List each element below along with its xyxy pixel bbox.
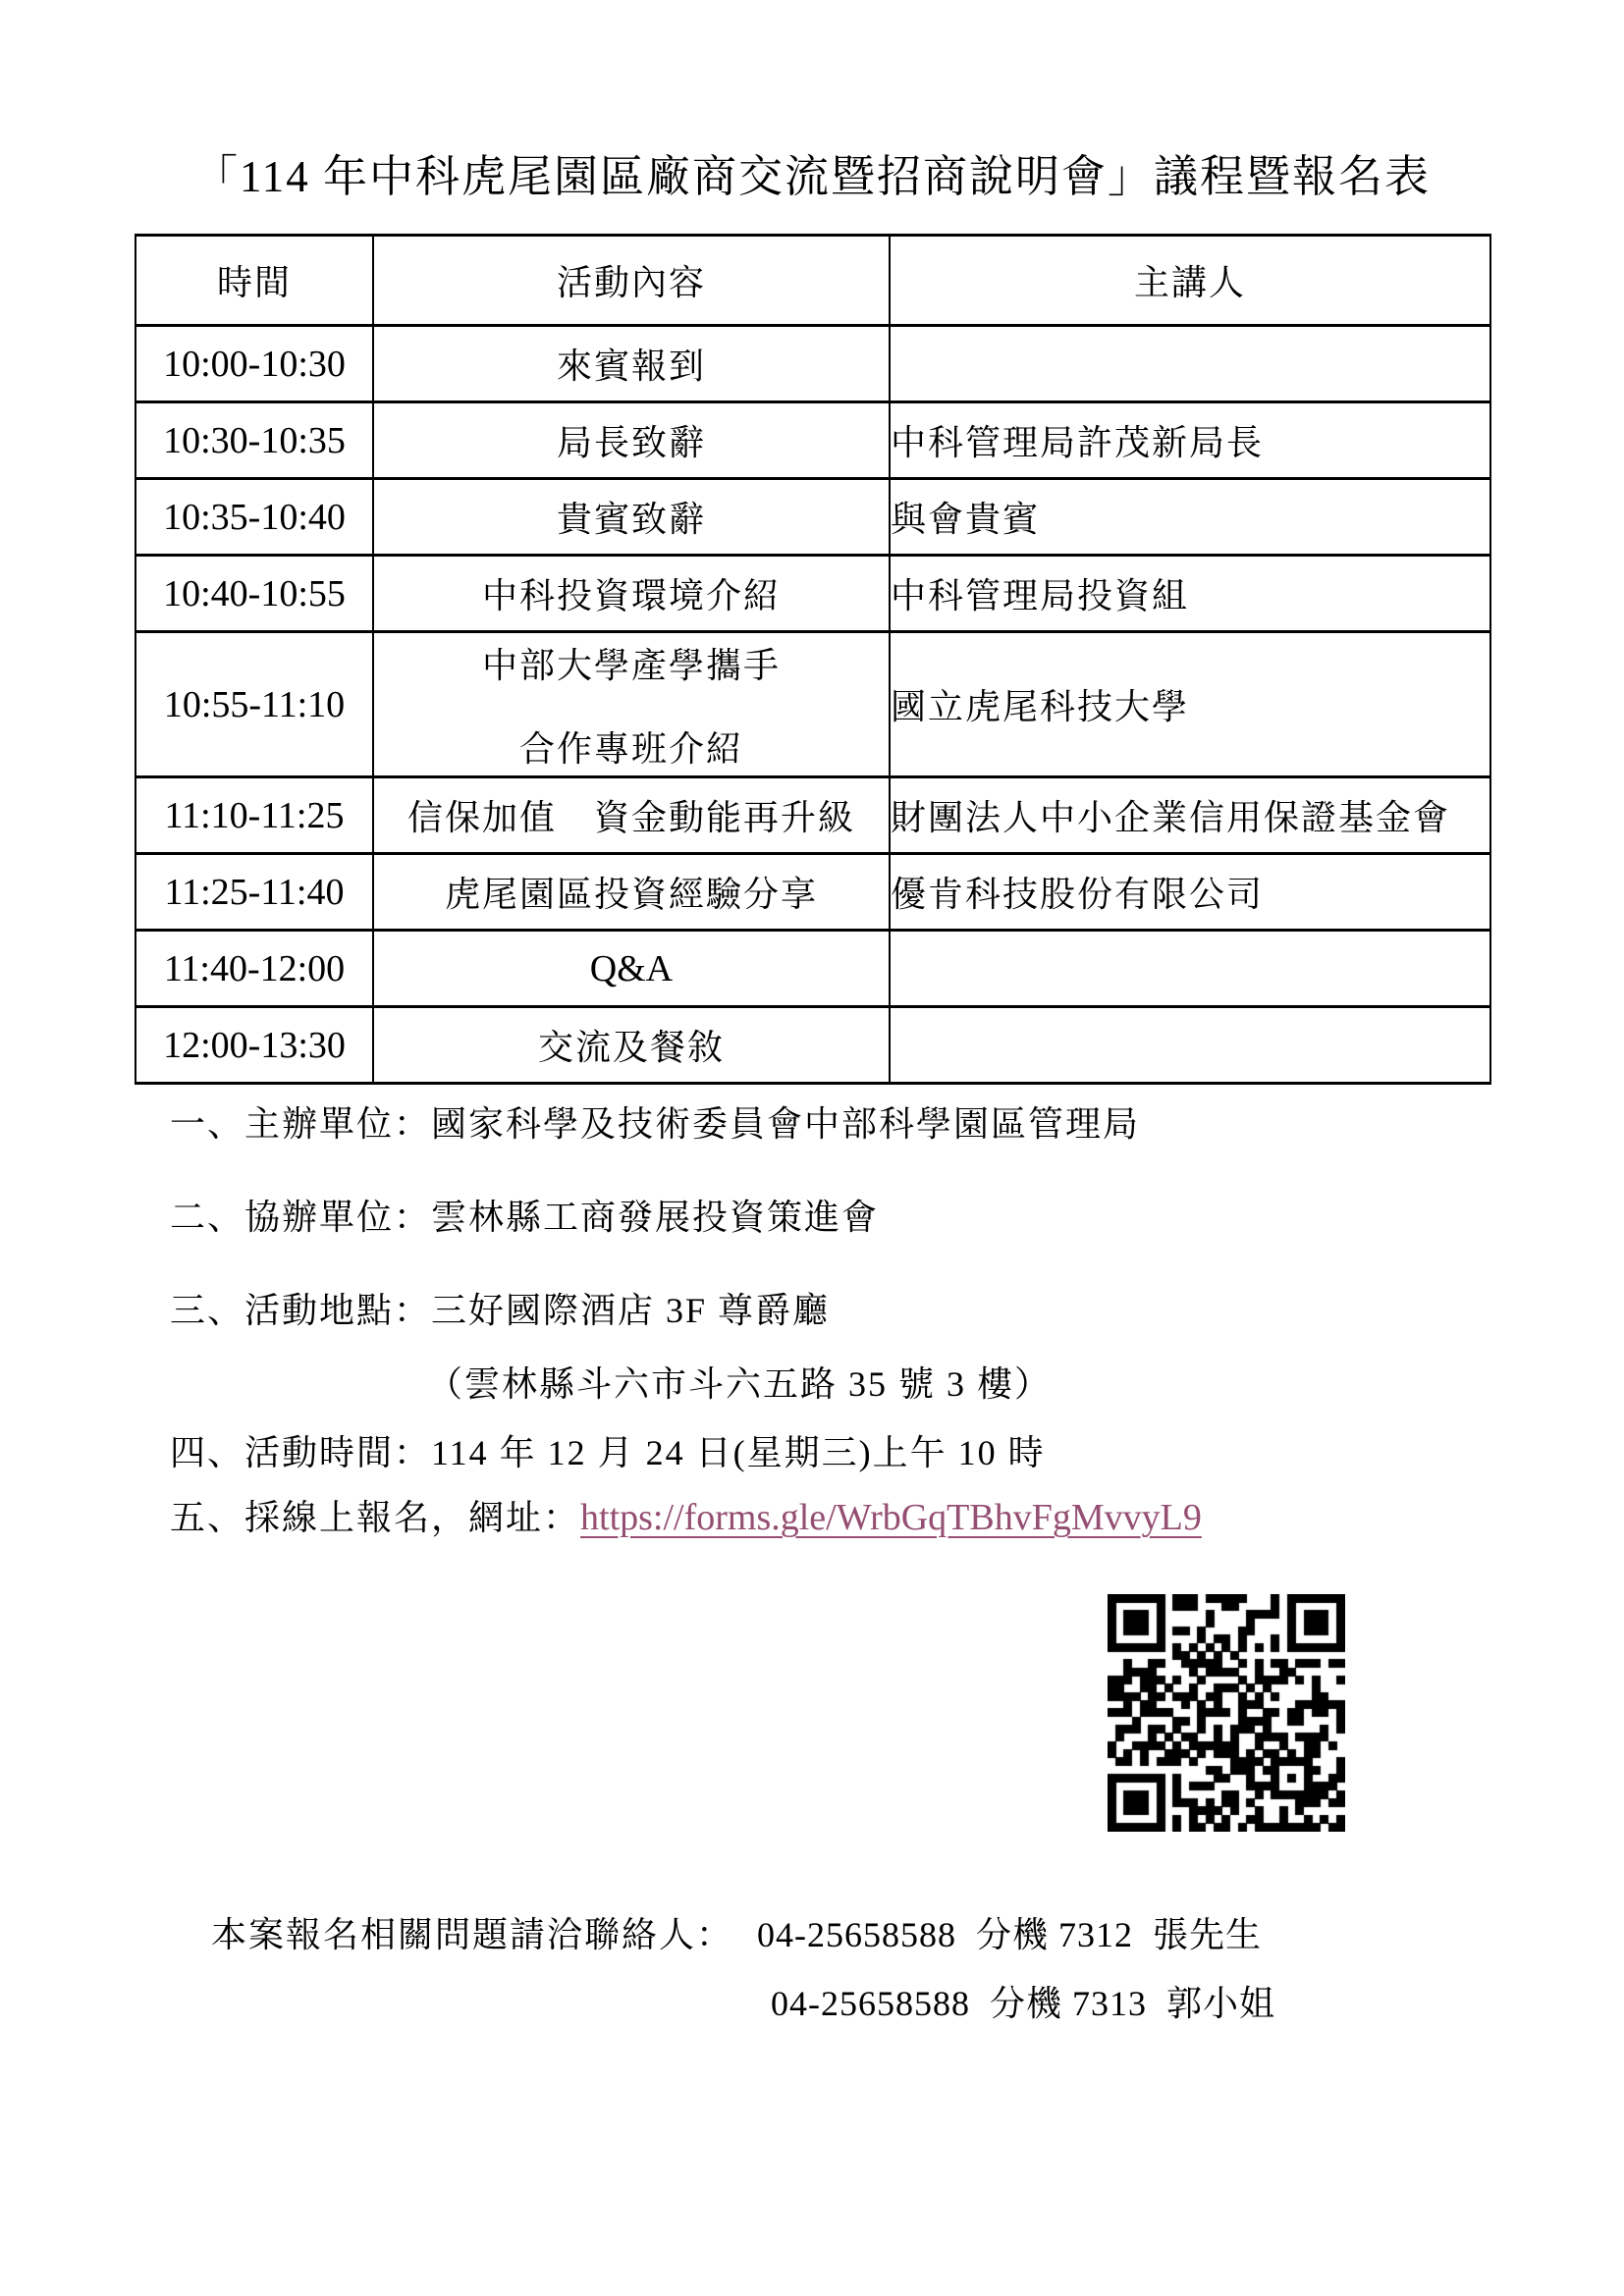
agenda-row: 12:00-13:30 交流及餐敘	[135, 1007, 1490, 1084]
agenda-row: 11:25-11:40 虎尾園區投資經驗分享 優肯科技股份有限公司	[135, 854, 1490, 931]
speaker-cell	[890, 931, 1490, 1007]
time-cell: 11:25-11:40	[135, 854, 373, 931]
agenda-row: 10:55-11:10 中部大學產學攜手 合作專班介紹 國立虎尾科技大學	[135, 632, 1490, 777]
speaker-cell: 國立虎尾科技大學	[890, 632, 1490, 777]
contact-phone-1: 04-25658588 分機 7312 張先生	[757, 1915, 1262, 1954]
contact-label: 本案報名相關問題請洽聯絡人：	[211, 1915, 733, 1954]
time-cell: 10:40-10:55	[135, 556, 373, 632]
col-header-activity: 活動內容	[373, 236, 890, 326]
contact-phone-2: 04-25658588 分機 7313 郭小姐	[771, 1981, 1275, 2026]
contact-line-1: 本案報名相關問題請洽聯絡人：04-25658588 分機 7312 張先生	[211, 1912, 1262, 1957]
note-registration: 五、採線上報名，網址：https://forms.gle/WrbGqTBhvFg…	[170, 1495, 1202, 1540]
activity-cell: 來賓報到	[373, 326, 890, 402]
activity-line-1: 中部大學產學攜手	[374, 638, 889, 688]
time-cell: 10:55-11:10	[135, 632, 373, 777]
time-cell: 10:30-10:35	[135, 402, 373, 479]
activity-cell: 局長致辭	[373, 402, 890, 479]
agenda-row: 10:00-10:30 來賓報到	[135, 326, 1490, 402]
registration-qr-code	[1108, 1594, 1345, 1832]
activity-cell: 中科投資環境介紹	[373, 556, 890, 632]
speaker-cell	[890, 1007, 1490, 1084]
note-co-organizer: 二、協辦單位：雲林縣工商發展投資策進會	[170, 1195, 879, 1240]
speaker-cell: 與會貴賓	[890, 479, 1490, 556]
activity-two-lines: 中部大學產學攜手 合作專班介紹	[374, 638, 889, 772]
agenda-row: 10:30-10:35 局長致辭 中科管理局許茂新局長	[135, 402, 1490, 479]
agenda-table: 時間 活動內容 主講人 10:00-10:30 來賓報到 10:30-10:35…	[135, 234, 1491, 1085]
speaker-cell: 優肯科技股份有限公司	[890, 854, 1490, 931]
activity-line-2: 合作專班介紹	[374, 721, 889, 772]
note-registration-label: 五、採線上報名，網址：	[170, 1498, 580, 1537]
note-datetime: 四、活動時間：114 年 12 月 24 日(星期三)上午 10 時	[170, 1430, 1046, 1475]
col-header-time: 時間	[135, 236, 373, 326]
speaker-cell: 中科管理局許茂新局長	[890, 402, 1490, 479]
activity-cell: Q&A	[373, 931, 890, 1007]
note-venue-address: （雲林縣斗六市斗六五路 35 號 3 樓）	[427, 1362, 1052, 1407]
activity-cell: 虎尾園區投資經驗分享	[373, 854, 890, 931]
agenda-row: 10:35-10:40 貴賓致辭 與會貴賓	[135, 479, 1490, 556]
activity-cell: 交流及餐敘	[373, 1007, 890, 1084]
page-title: 「114 年中科虎尾園區廠商交流暨招商說明會」議程暨報名表	[0, 147, 1624, 206]
note-organizer: 一、主辦單位：國家科學及技術委員會中部科學園區管理局	[170, 1101, 1140, 1147]
time-cell: 11:10-11:25	[135, 777, 373, 854]
time-cell: 12:00-13:30	[135, 1007, 373, 1084]
speaker-cell: 中科管理局投資組	[890, 556, 1490, 632]
activity-cell: 信保加值 資金動能再升級	[373, 777, 890, 854]
time-cell: 10:00-10:30	[135, 326, 373, 402]
agenda-row: 11:40-12:00 Q&A	[135, 931, 1490, 1007]
speaker-cell: 財團法人中小企業信用保證基金會	[890, 777, 1490, 854]
document-page: 「114 年中科虎尾園區廠商交流暨招商說明會」議程暨報名表 時間 活動內容 主講…	[0, 0, 1624, 2296]
note-venue: 三、活動地點：三好國際酒店 3F 尊爵廳	[170, 1288, 830, 1333]
activity-cell: 貴賓致辭	[373, 479, 890, 556]
speaker-cell	[890, 326, 1490, 402]
activity-cell: 中部大學產學攜手 合作專班介紹	[373, 632, 890, 777]
time-cell: 10:35-10:40	[135, 479, 373, 556]
time-cell: 11:40-12:00	[135, 931, 373, 1007]
registration-link[interactable]: https://forms.gle/WrbGqTBhvFgMvvyL9	[580, 1497, 1202, 1538]
agenda-row: 11:10-11:25 信保加值 資金動能再升級 財團法人中小企業信用保證基金會	[135, 777, 1490, 854]
agenda-row: 10:40-10:55 中科投資環境介紹 中科管理局投資組	[135, 556, 1490, 632]
col-header-speaker: 主講人	[890, 236, 1490, 326]
agenda-header-row: 時間 活動內容 主講人	[135, 236, 1490, 326]
